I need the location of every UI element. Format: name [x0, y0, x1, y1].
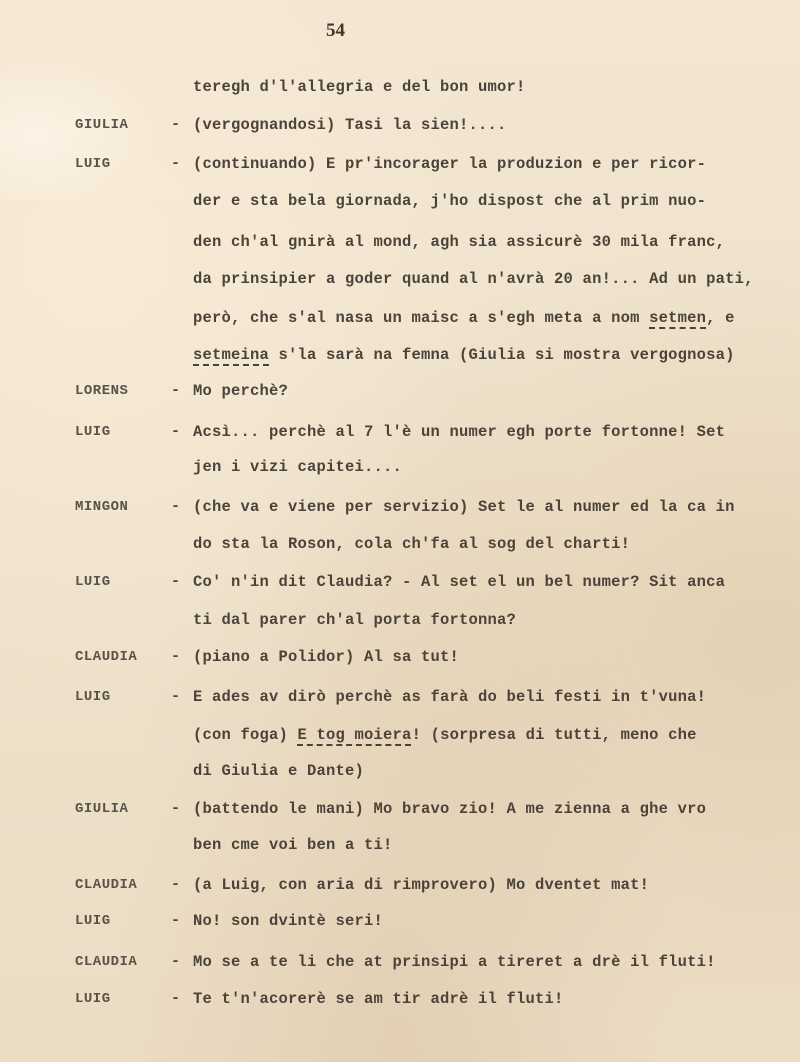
speaker-dash: -	[171, 648, 180, 665]
speaker-dash: -	[171, 912, 180, 929]
script-line: (piano a Polidor) Al sa tut!	[193, 648, 459, 666]
speaker-name: LUIG	[75, 156, 111, 172]
script-line: ben cme voi ben a ti!	[193, 836, 393, 854]
underlined-text: setmeina	[193, 346, 269, 364]
script-line: Acsì... perchè al 7 l'è un numer egh por…	[193, 423, 725, 441]
script-line: No! son dvintè seri!	[193, 912, 383, 930]
line-text: (con foga)	[193, 726, 298, 744]
speaker-name: LORENS	[75, 383, 128, 399]
line-text: però, che s'al nasa un maisc a s'egh met…	[193, 309, 649, 327]
script-line: den ch'al gnirà al mond, agh sia assicur…	[193, 233, 725, 251]
script-line: (che va e viene per servizio) Set le al …	[193, 498, 735, 516]
speaker-dash: -	[171, 990, 180, 1007]
script-line: der e sta bela giornada, j'ho dispost ch…	[193, 192, 706, 210]
script-line: Mo se a te li che at prinsipi a tireret …	[193, 953, 716, 971]
speaker-dash: -	[171, 498, 180, 515]
script-line: setmeina s'la sarà na femna (Giulia si m…	[193, 346, 735, 364]
speaker-name: GIULIA	[75, 117, 128, 133]
script-line: di Giulia e Dante)	[193, 762, 364, 780]
line-text: , e	[706, 309, 735, 327]
speaker-dash: -	[171, 876, 180, 893]
script-line: teregh d'l'allegria e del bon umor!	[193, 78, 526, 96]
script-line: Mo perchè?	[193, 382, 288, 400]
speaker-dash: -	[171, 116, 180, 133]
speaker-name: LUIG	[75, 574, 111, 590]
speaker-dash: -	[171, 573, 180, 590]
speaker-dash: -	[171, 423, 180, 440]
speaker-name: CLAUDIA	[75, 877, 137, 893]
script-line: (vergognandosi) Tasi la sien!....	[193, 116, 507, 134]
speaker-name: MINGON	[75, 499, 128, 515]
speaker-name: CLAUDIA	[75, 649, 137, 665]
script-line: (continuando) E pr'incorager la produzio…	[193, 155, 706, 173]
speaker-dash: -	[171, 800, 180, 817]
speaker-name: LUIG	[75, 913, 111, 929]
script-line: do sta la Roson, cola ch'fa al sog del c…	[193, 535, 630, 553]
script-line: da prinsipier a goder quand al n'avrà 20…	[193, 270, 754, 288]
speaker-name: CLAUDIA	[75, 954, 137, 970]
speaker-dash: -	[171, 155, 180, 172]
line-text: s'la sarà na femna (Giulia si mostra ver…	[269, 346, 735, 364]
line-text: ! (sorpresa di tutti, meno che	[412, 726, 697, 744]
speaker-name: LUIG	[75, 424, 111, 440]
speaker-name: GIULIA	[75, 801, 128, 817]
speaker-name: LUIG	[75, 689, 111, 705]
script-line: Te t'n'acorerè se am tir adrè il fluti!	[193, 990, 564, 1008]
script-line: Co' n'in dit Claudia? - Al set el un bel…	[193, 573, 725, 591]
script-line: ti dal parer ch'al porta fortonna?	[193, 611, 516, 629]
script-line: jen i vizi capitei....	[193, 458, 402, 476]
speaker-dash: -	[171, 953, 180, 970]
page-number: 54	[326, 20, 345, 42]
script-line: però, che s'al nasa un maisc a s'egh met…	[193, 309, 735, 327]
speaker-dash: -	[171, 688, 180, 705]
script-line: (a Luig, con aria di rimprovero) Mo dven…	[193, 876, 649, 894]
script-line: E ades av dirò perchè as farà do beli fe…	[193, 688, 706, 706]
underlined-text: E tog moiera	[298, 726, 412, 744]
script-line: (battendo le mani) Mo bravo zio! A me zi…	[193, 800, 706, 818]
underlined-text: setmen	[649, 309, 706, 327]
typewritten-script-page: 54 teregh d'l'allegria e del bon umor!GI…	[0, 0, 800, 1062]
speaker-name: LUIG	[75, 991, 111, 1007]
speaker-dash: -	[171, 382, 180, 399]
script-line: (con foga) E tog moiera! (sorpresa di tu…	[193, 726, 697, 744]
